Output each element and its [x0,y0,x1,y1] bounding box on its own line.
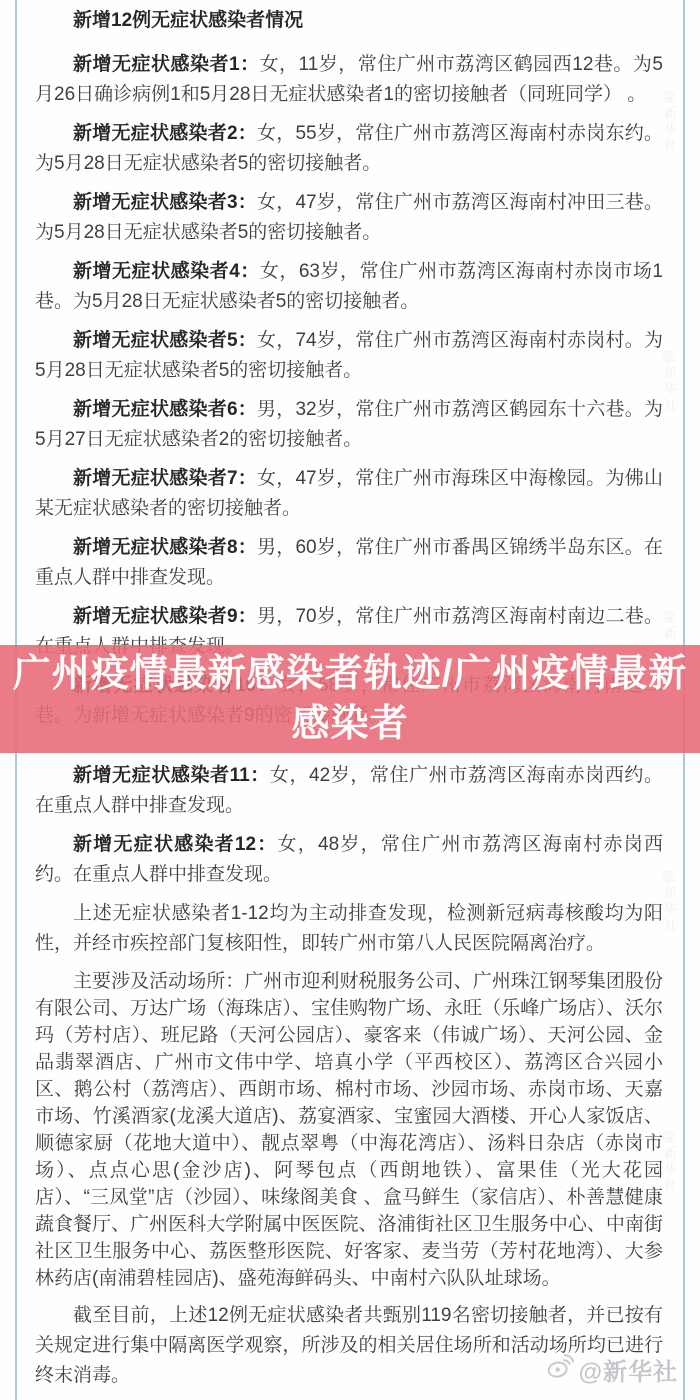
source-watermark-text: @新华社 [579,1352,678,1387]
case-paragraph-2: 新增无症状感染者2：女，55岁，常住广州市荔湾区海南村赤岗东约。为5月28日无症… [35,119,663,179]
case-label: 新增无症状感染者2： [73,123,257,144]
margin-watermark: @新华社 [660,90,679,154]
case-paragraph-6: 新增无症状感染者6：男，32岁，常住广州市荔湾区鹤园东十六巷。为5月27日无症状… [35,395,663,455]
case-paragraph-8: 新增无症状感染者8：男，60岁，常住广州市番禺区锦绣半岛东区。在重点人群中排查发… [35,533,663,593]
case-paragraph-3: 新增无症状感染者3：女，47岁，常住广州市荔湾区海南村冲田三巷。为5月28日无症… [35,188,663,248]
case-paragraph-11: 新增无症状感染者11：女，42岁，常住广州市荔湾区海南赤岗西约。在重点人群中排查… [35,761,663,821]
case-paragraph-4: 新增无症状感染者4：女，63岁，常住广州市荔湾区海南村赤岗市场1巷。为5月28日… [35,257,663,317]
case-label: 新增无症状感染者4： [73,261,260,282]
case-label: 新增无症状感染者11： [73,765,270,786]
source-watermark: @新华社 [545,1352,678,1387]
margin-watermark: @新华社 [660,1130,679,1194]
case-paragraph-7: 新增无症状感染者7：女，47岁，常住广州市海珠区中海橡园。为佛山某无症状感染者的… [35,464,663,524]
case-label: 新增无症状感染者5： [73,330,257,351]
case-paragraph-5: 新增无症状感染者5：女，74岁，常住广州市荔湾区海南村赤岗村。为5月28日无症状… [35,326,663,386]
article-title: 新增12例无症状感染者情况 [35,6,663,36]
case-label: 新增无症状感染者1： [73,54,260,75]
summary-paragraph: 上述无症状感染者1-12均为主动排查发现，检测新冠病毒核酸均为阳性，并经市疾控部… [35,899,663,959]
margin-watermark: @新华社 [660,870,679,934]
case-paragraph-12: 新增无症状感染者12：女，48岁，常住广州市荔湾区海南村赤岗西约。在重点人群中排… [35,830,663,890]
case-label: 新增无症状感染者9： [73,606,257,627]
margin-watermark: @新华社 [660,350,679,414]
case-label: 新增无症状感染者3： [73,192,257,213]
overlay-title-line2: 感染者 [291,699,408,749]
venues-paragraph: 主要涉及活动场所：广州市迎利财税服务公司、广州珠江钢琴集团股份有限公司、万达广场… [35,968,663,1292]
overlay-title-band: 广州疫情最新感染者轨迹/广州疫情最新 感染者 [0,645,700,753]
overlay-title-line1: 广州疫情最新感染者轨迹/广州疫情最新 [13,649,688,699]
case-paragraph-1: 新增无症状感染者1：女，11岁，常住广州市荔湾区鹤园西12巷。为5月26日确诊病… [35,50,663,110]
case-label: 新增无症状感染者6： [73,399,257,420]
weibo-logo-icon [545,1353,575,1386]
case-label: 新增无症状感染者12： [73,834,278,855]
case-label: 新增无症状感染者8： [73,537,257,558]
case-label: 新增无症状感染者7： [73,468,257,489]
